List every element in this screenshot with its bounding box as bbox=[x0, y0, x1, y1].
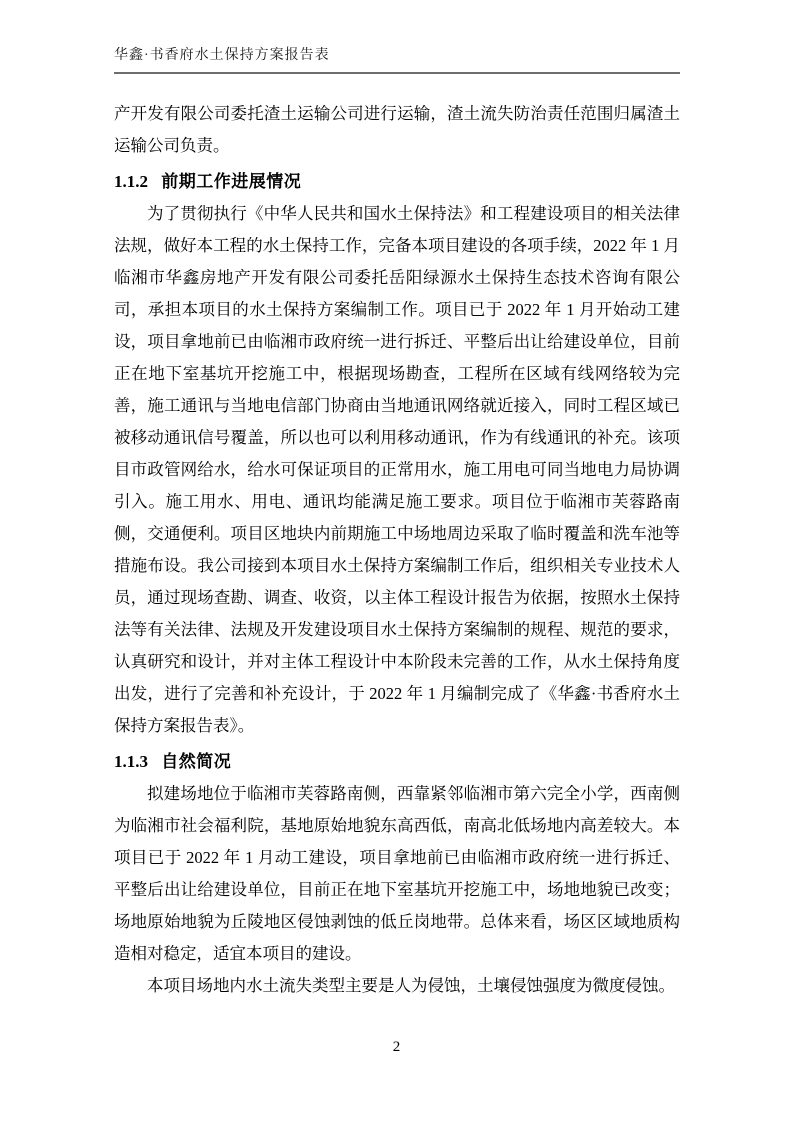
section-number: 1.1.2 bbox=[114, 172, 148, 191]
section-title: 前期工作进展情况 bbox=[161, 172, 301, 191]
running-header-title: 华鑫·书香府水土保持方案报告表 bbox=[114, 48, 330, 63]
paragraph-continuation: 产开发有限公司委托渣土运输公司进行运输，渣土流失防治责任范围归属渣土运输公司负责… bbox=[114, 98, 680, 162]
section-heading-1-1-2: 1.1.2 前期工作进展情况 bbox=[114, 166, 680, 198]
document-page: 华鑫·书香府水土保持方案报告表 产开发有限公司委托渣土运输公司进行运输，渣土流失… bbox=[0, 0, 793, 1122]
page-number: 2 bbox=[393, 1039, 401, 1055]
section-title: 自然简况 bbox=[161, 752, 231, 771]
paragraph-prework-progress: 为了贯彻执行《中华人民共和国水土保持法》和工程建设项目的相关法律法规，做好本工程… bbox=[114, 198, 680, 742]
page-footer: 2 bbox=[0, 1038, 793, 1056]
page-header: 华鑫·书香府水土保持方案报告表 bbox=[114, 46, 680, 74]
section-heading-1-1-3: 1.1.3 自然简况 bbox=[114, 746, 680, 778]
paragraph-soil-erosion: 本项目场地内水土流失类型主要是人为侵蚀，土壤侵蚀强度为微度侵蚀。 bbox=[114, 970, 680, 1002]
paragraph-natural-overview: 拟建场地位于临湘市芙蓉路南侧，西靠紧邻临湘市第六完全小学，西南侧为临湘市社会福利… bbox=[114, 778, 680, 970]
page-body: 产开发有限公司委托渣土运输公司进行运输，渣土流失防治责任范围归属渣土运输公司负责… bbox=[114, 98, 680, 1002]
section-number: 1.1.3 bbox=[114, 752, 148, 771]
